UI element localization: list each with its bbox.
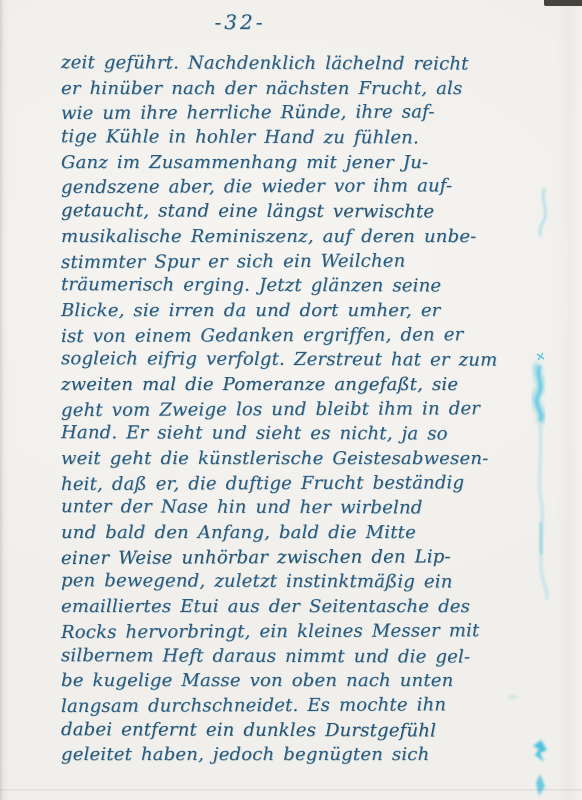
paper-left-edge-shadow <box>0 0 4 800</box>
handwritten-line: Blicke, sie irren da und dort umher, er <box>61 299 543 324</box>
handwritten-line: unter der Nase hin und her wirbelnd <box>61 496 543 522</box>
handwritten-line: langsam durchschneidet. Es mochte ihn <box>61 693 543 720</box>
handwritten-line: geleitet haben, jedoch begnügten sich <box>61 743 543 768</box>
handwritten-line: Rocks hervorbringt, ein kleines Messer m… <box>61 619 543 646</box>
paper-crease <box>0 789 582 791</box>
handwritten-line: zweiten mal die Pomeranze angefaßt, sie <box>61 373 543 398</box>
handwritten-line: ist von einem Gedanken ergriffen, den er <box>61 323 543 350</box>
handwritten-line: wie um ihre herrliche Ründe, ihre saf- <box>61 100 543 127</box>
handwritten-line: getaucht, stand eine längst verwischte <box>61 199 543 225</box>
handwritten-line: pen bewegend, zuletzt instinktmäßig ein <box>61 570 543 596</box>
handwritten-line: emailliertes Etui aus der Seitentasche d… <box>61 595 543 620</box>
ink-speck-dot <box>508 695 518 700</box>
page-number: -32- <box>190 10 290 34</box>
ink-smudge-bright-blob <box>533 740 547 762</box>
ink-smudge-bottom-blob <box>536 774 545 796</box>
manuscript-lines: zeit geführt. Nachdenklich lächelnd reic… <box>61 52 543 768</box>
ink-smudge-overlay <box>495 150 582 800</box>
handwritten-line: träumerisch erging. Jetzt glänzen seine <box>61 273 543 299</box>
handwritten-line: silbernem Heft daraus nimmt und die gel- <box>61 644 543 670</box>
handwritten-line: geht vom Zweige los und bleibt ihm in de… <box>61 397 543 424</box>
handwritten-line: heit, daß er, die duftige Frucht beständ… <box>61 471 543 498</box>
handwritten-line: Ganz im Zusammenhang mit jener Ju- <box>61 151 543 176</box>
handwritten-line: weit geht die künstlerische Geistesabwes… <box>61 447 543 472</box>
handwritten-line: be kugelige Masse von oben nach unten <box>61 669 543 694</box>
ink-smudge-curl <box>540 188 545 236</box>
handwritten-line: zeit geführt. Nachdenklich lächelnd reic… <box>61 51 543 77</box>
handwritten-line: sogleich eifrig verfolgt. Zerstreut hat … <box>61 347 543 373</box>
handwritten-line: stimmter Spur er sich ein Weilchen <box>61 248 543 275</box>
manuscript-page: -32- zeit geführt. Nachdenklich lächelnd… <box>0 0 582 800</box>
handwritten-line: einer Weise unhörbar zwischen den Lip- <box>61 545 543 572</box>
handwritten-line: dabei entfernt ein dunkles Durstgefühl <box>61 718 543 744</box>
ink-speck-asterisk <box>537 353 544 360</box>
ink-smudge-trail <box>540 425 547 600</box>
handwritten-line: Hand. Er sieht und sieht es nicht, ja so <box>61 421 543 447</box>
handwritten-line: gendszene aber, die wieder vor ihm auf- <box>61 174 543 201</box>
handwritten-line: er hinüber nach der nächsten Frucht, als <box>61 77 543 102</box>
handwritten-line: und bald den Anfang, bald die Mitte <box>61 521 543 546</box>
handwritten-line: musikalische Reminiszenz, auf deren unbe… <box>61 225 543 250</box>
scan-edge-artifact <box>544 0 582 6</box>
handwritten-line: tige Kühle in hohler Hand zu fühlen. <box>61 125 543 151</box>
